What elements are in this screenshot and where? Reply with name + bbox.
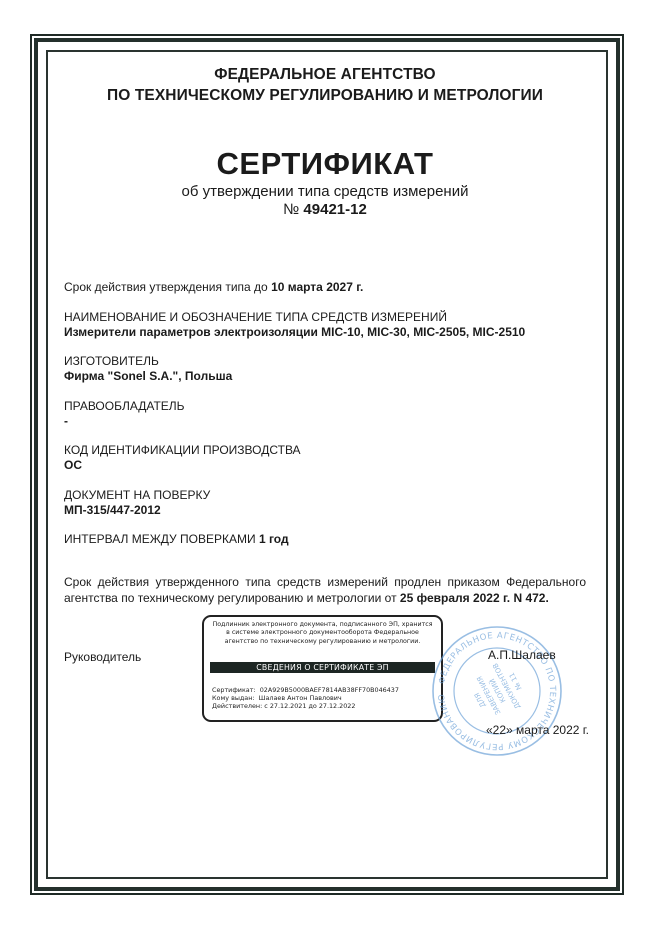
- rights-holder-label: ПРАВООБЛАДАТЕЛЬ: [64, 399, 185, 413]
- esig-certificate: Сертификат: 02A929B5000BAEF7814AB38FF70B…: [212, 686, 399, 694]
- validity-label: Срок действия утверждения типа до: [64, 280, 268, 294]
- rights-holder-value: -: [64, 414, 68, 428]
- manufacturer-value: Фирма "Sonel S.A.", Польша: [64, 369, 232, 383]
- signatory-name: А.П.Шалаев: [488, 648, 556, 662]
- verification-interval-label: ИНТЕРВАЛ МЕЖДУ ПОВЕРКАМИ: [64, 532, 256, 546]
- document-subtitle: об утверждении типа средств измерений: [0, 183, 650, 200]
- extension-line1: Срок действия утвержденного типа средств…: [64, 574, 586, 590]
- signature-date: «22» марта 2022 г.: [486, 723, 589, 737]
- esig-issued-to-label: Кому выдан:: [212, 694, 255, 702]
- name-label: НАИМЕНОВАНИЕ И ОБОЗНАЧЕНИЕ ТИПА СРЕДСТВ …: [64, 310, 447, 324]
- extension-paragraph: Срок действия утвержденного типа средств…: [64, 574, 586, 606]
- verification-interval: ИНТЕРВАЛ МЕЖДУ ПОВЕРКАМИ 1 год: [64, 532, 289, 546]
- seal-inner-text: ДЛЯЗАВЕРЕНИЯКОПИЙДОКУМЕНТОВ№ 11: [465, 657, 531, 724]
- esig-valid-value: с 27.12.2021 до 27.12.2022: [264, 702, 355, 710]
- validity-line: Срок действия утверждения типа до 10 мар…: [64, 280, 363, 294]
- name-value: Измерители параметров электроизоляции MI…: [64, 325, 525, 339]
- electronic-signature-stamp: Подлинник электронного документа, подпис…: [202, 615, 443, 722]
- signatory-role: Руководитель: [64, 650, 141, 664]
- esig-note: Подлинник электронного документа, подпис…: [210, 621, 435, 646]
- esig-issued-to: Кому выдан: Шалаев Антон Павлович: [212, 694, 342, 702]
- esig-title-bar: СВЕДЕНИЯ О СЕРТИФИКАТЕ ЭП: [210, 662, 435, 673]
- agency-name-line1: ФЕДЕРАЛЬНОЕ АГЕНТСТВО: [0, 66, 650, 84]
- validity-value: 10 марта 2027 г.: [271, 280, 363, 294]
- certificate-number: № 49421-12: [0, 201, 650, 218]
- esig-certificate-label: Сертификат:: [212, 686, 256, 694]
- esig-validity: Действителен: с 27.12.2021 до 27.12.2022: [212, 702, 355, 710]
- verification-interval-value: 1 год: [259, 532, 289, 546]
- esig-issued-to-value: Шалаев Антон Павлович: [259, 694, 342, 702]
- number-sign: №: [283, 201, 299, 218]
- verification-document-label: ДОКУМЕНТ НА ПОВЕРКУ: [64, 488, 210, 502]
- extension-order-ref: 25 февраля 2022 г. N 472.: [400, 591, 549, 605]
- number-value: 49421-12: [303, 201, 366, 218]
- official-seal-stamp: ФЕДЕРАЛЬНОЕ АГЕНТСТВО ПО ТЕХНИЧЕСКОМУ РЕ…: [430, 624, 564, 758]
- production-code-value: ОС: [64, 458, 82, 472]
- esig-valid-label: Действителен:: [212, 702, 262, 710]
- manufacturer-label: ИЗГОТОВИТЕЛЬ: [64, 354, 159, 368]
- document-title: СЕРТИФИКАТ: [0, 146, 650, 182]
- extension-line2-text: агентства по техническому регулированию …: [64, 591, 397, 605]
- verification-document-value: МП-315/447-2012: [64, 503, 161, 517]
- production-code-label: КОД ИДЕНТИФИКАЦИИ ПРОИЗВОДСТВА: [64, 443, 301, 457]
- agency-name-line2: ПО ТЕХНИЧЕСКОМУ РЕГУЛИРОВАНИЮ И МЕТРОЛОГ…: [0, 87, 650, 105]
- extension-line2: агентства по техническому регулированию …: [64, 590, 586, 606]
- esig-certificate-value: 02A929B5000BAEF7814AB38FF70B046437: [260, 686, 399, 694]
